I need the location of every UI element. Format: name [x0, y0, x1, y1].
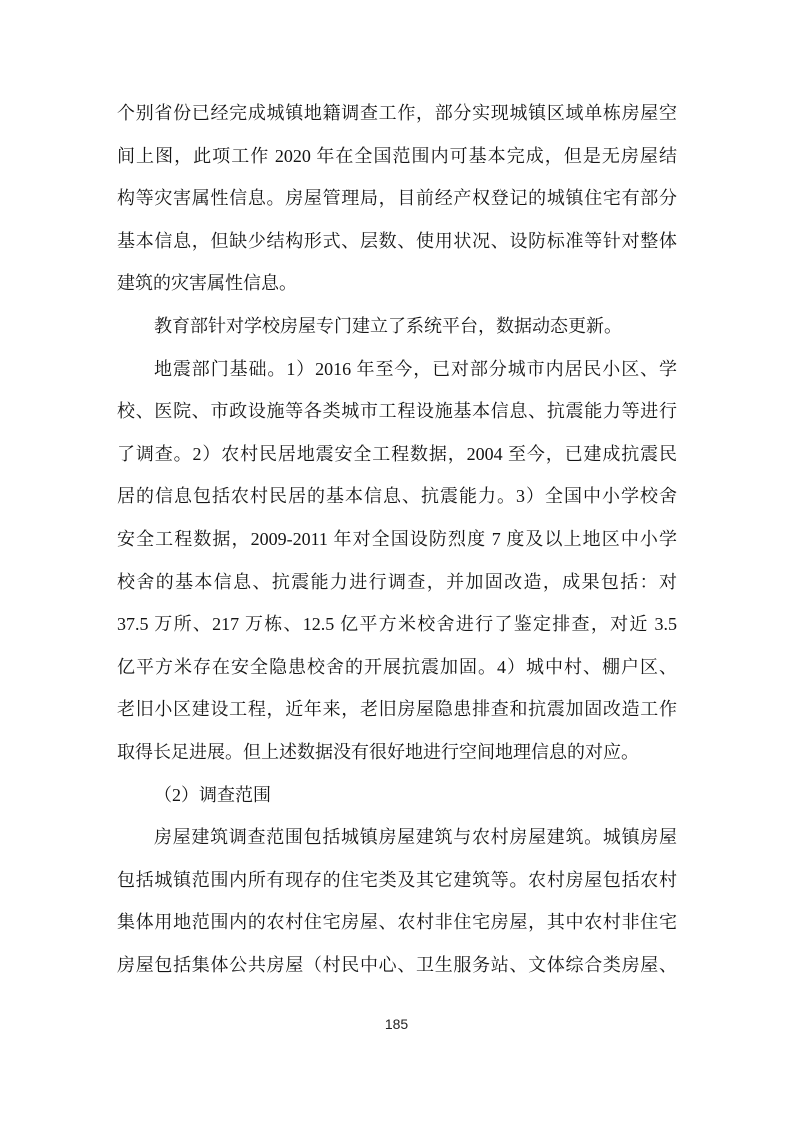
paragraph: （2）调查范围 [117, 774, 677, 817]
text-line: 建筑的灾害属性信息。 [117, 262, 677, 305]
page-number: 185 [385, 1016, 408, 1032]
page-footer: 185 [0, 1016, 793, 1034]
text-line: 房屋包括集体公共房屋（村民中心、卫生服务站、文体综合类房屋、 [117, 944, 677, 987]
text-line: 间上图，此项工作 2020 年在全国范围内可基本完成，但是无房屋结 [117, 135, 677, 178]
body-text: 个别省份已经完成城镇地籍调查工作，部分实现城镇区域单栋房屋空间上图，此项工作 2… [117, 92, 677, 986]
text-line: 了调查。2）农村民居地震安全工程数据，2004 至今，已建成抗震民 [117, 433, 677, 476]
text-line: 37.5 万所、217 万栋、12.5 亿平方米校舍进行了鉴定排查，对近 3.5 [117, 603, 677, 646]
text-line: 居的信息包括农村民居的基本信息、抗震能力。3）全国中小学校舍 [117, 475, 677, 518]
text-line: 校舍的基本信息、抗震能力进行调查，并加固改造，成果包括：对 [117, 561, 677, 604]
text-line: 取得长足进展。但上述数据没有很好地进行空间地理信息的对应。 [117, 731, 677, 774]
text-line: 安全工程数据，2009-2011 年对全国设防烈度 7 度及以上地区中小学 [117, 518, 677, 561]
text-line: （2）调查范围 [117, 774, 677, 817]
paragraph: 个别省份已经完成城镇地籍调查工作，部分实现城镇区域单栋房屋空间上图，此项工作 2… [117, 92, 677, 305]
text-line: 老旧小区建设工程，近年来，老旧房屋隐患排查和抗震加固改造工作 [117, 688, 677, 731]
text-line: 地震部门基础。1）2016 年至今，已对部分城市内居民小区、学 [117, 348, 677, 391]
document-page: 个别省份已经完成城镇地籍调查工作，部分实现城镇区域单栋房屋空间上图，此项工作 2… [0, 0, 793, 1122]
text-line: 校、医院、市政设施等各类城市工程设施基本信息、抗震能力等进行 [117, 390, 677, 433]
text-line: 教育部针对学校房屋专门建立了系统平台，数据动态更新。 [117, 305, 677, 348]
paragraph: 教育部针对学校房屋专门建立了系统平台，数据动态更新。 [117, 305, 677, 348]
text-line: 基本信息，但缺少结构形式、层数、使用状况、设防标准等针对整体 [117, 220, 677, 263]
paragraph: 地震部门基础。1）2016 年至今，已对部分城市内居民小区、学校、医院、市政设施… [117, 348, 677, 774]
text-line: 房屋建筑调查范围包括城镇房屋建筑与农村房屋建筑。城镇房屋 [117, 816, 677, 859]
text-line: 亿平方米存在安全隐患校舍的开展抗震加固。4）城中村、棚户区、 [117, 646, 677, 689]
text-line: 集体用地范围内的农村住宅房屋、农村非住宅房屋，其中农村非住宅 [117, 901, 677, 944]
paragraph: 房屋建筑调查范围包括城镇房屋建筑与农村房屋建筑。城镇房屋包括城镇范围内所有现存的… [117, 816, 677, 986]
text-line: 个别省份已经完成城镇地籍调查工作，部分实现城镇区域单栋房屋空 [117, 92, 677, 135]
text-line: 包括城镇范围内所有现存的住宅类及其它建筑等。农村房屋包括农村 [117, 859, 677, 902]
text-line: 构等灾害属性信息。房屋管理局，目前经产权登记的城镇住宅有部分 [117, 177, 677, 220]
